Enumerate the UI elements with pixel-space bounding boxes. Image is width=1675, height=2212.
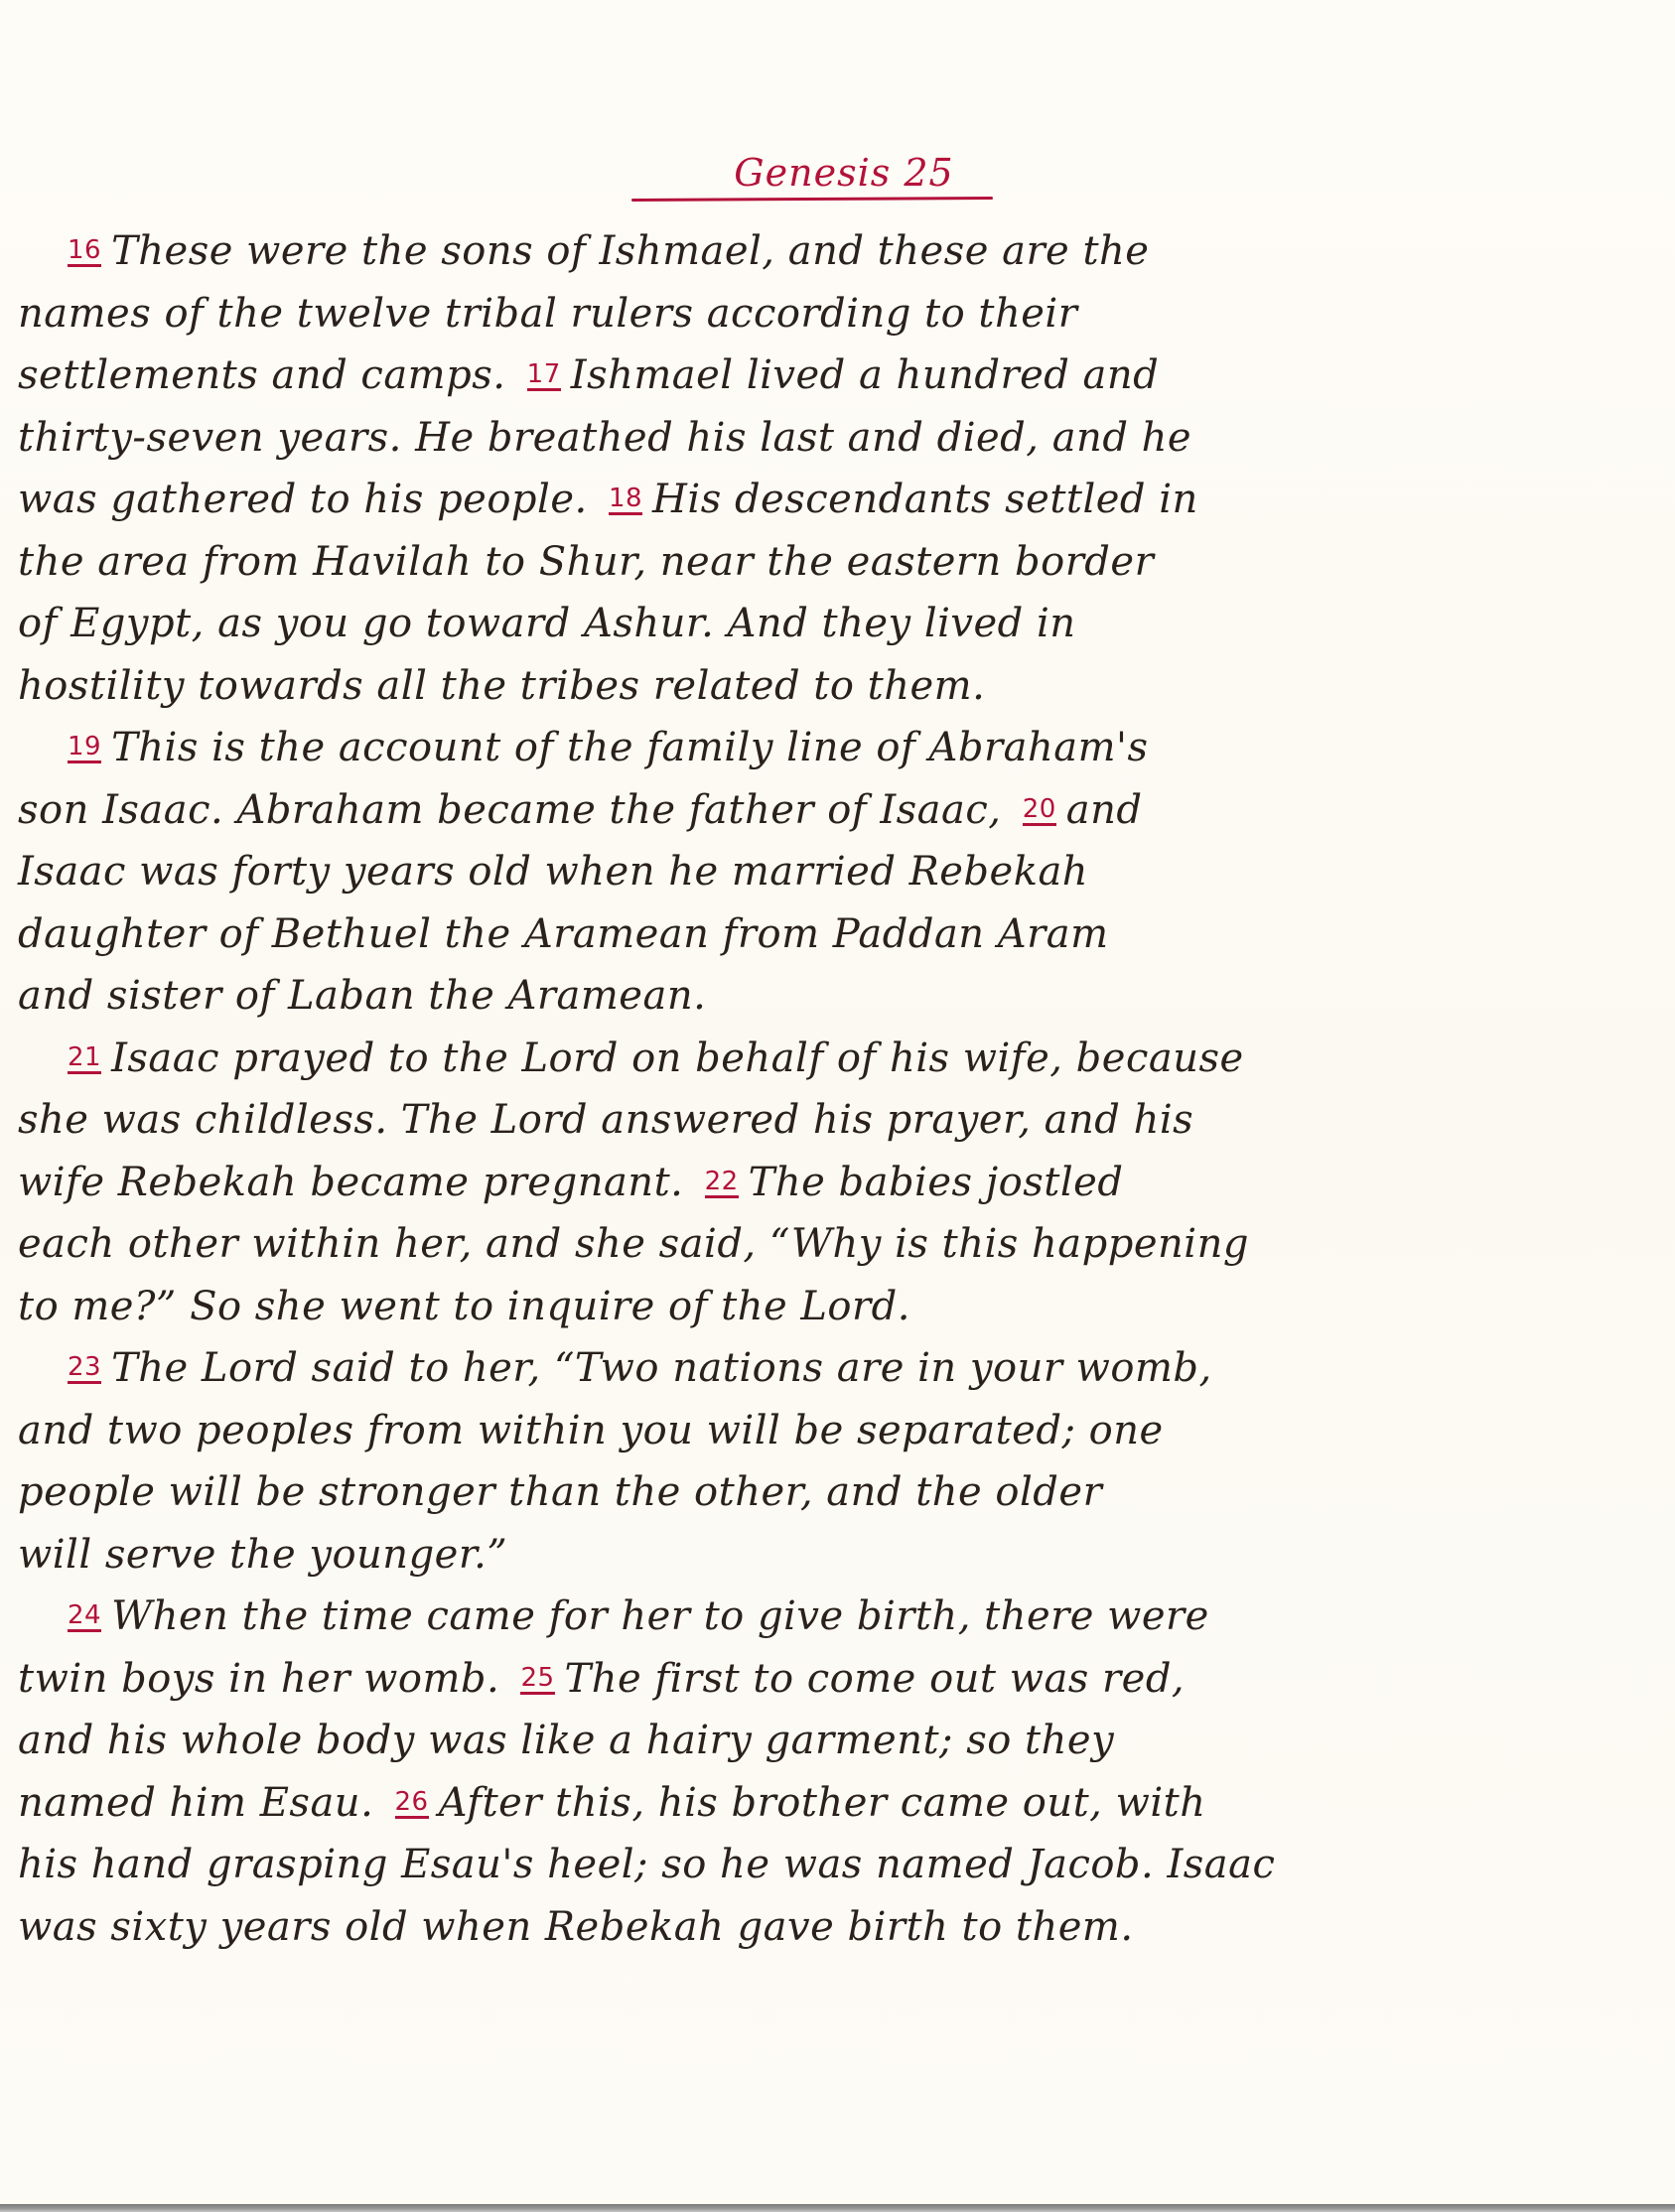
verse-number: 19 bbox=[68, 734, 101, 763]
verse-number: 17 bbox=[527, 361, 561, 391]
verse-number: 16 bbox=[68, 237, 101, 267]
text-line: was gathered to his people. 18His descen… bbox=[18, 469, 1656, 531]
line-text-continuation: Ishmael lived a hundred and bbox=[571, 352, 1160, 398]
line-text: and two peoples from within you will be … bbox=[18, 1408, 1164, 1453]
line-text: Isaac prayed to the Lord on behalf of hi… bbox=[111, 1036, 1244, 1081]
text-line: and two peoples from within you will be … bbox=[18, 1400, 1656, 1462]
line-text: each other within her, and she said, “Wh… bbox=[18, 1221, 1249, 1267]
text-line: 16These were the sons of Ishmael, and th… bbox=[18, 220, 1656, 283]
page-title: Genesis 25 bbox=[695, 151, 993, 195]
text-line: Isaac was forty years old when he marrie… bbox=[18, 841, 1656, 903]
text-line: his hand grasping Esau's heel; so he was… bbox=[18, 1834, 1656, 1896]
line-text: names of the twelve tribal rulers accord… bbox=[18, 291, 1077, 337]
verse-number: 24 bbox=[68, 1602, 101, 1632]
line-text: This is the account of the family line o… bbox=[111, 725, 1148, 770]
line-text-continuation: His descendants settled in bbox=[652, 477, 1198, 522]
text-line: daughter of Bethuel the Aramean from Pad… bbox=[18, 903, 1656, 966]
page-bottom-edge-shadow bbox=[0, 2204, 1675, 2212]
line-text: twin boys in her womb. bbox=[18, 1656, 499, 1702]
text-line: 21Isaac prayed to the Lord on behalf of … bbox=[18, 1028, 1656, 1090]
handwritten-page: Genesis 25 16These were the sons of Ishm… bbox=[0, 0, 1675, 2204]
line-text: the area from Havilah to Shur, near the … bbox=[18, 539, 1154, 585]
text-line: will serve the younger.” bbox=[18, 1524, 1656, 1587]
title-underline bbox=[631, 197, 993, 202]
line-text-continuation: and bbox=[1066, 787, 1143, 833]
verse-number: 25 bbox=[520, 1665, 554, 1695]
line-text: wife Rebekah became pregnant. bbox=[18, 1160, 683, 1205]
text-line: 19This is the account of the family line… bbox=[18, 717, 1656, 779]
text-line: was sixty years old when Rebekah gave bi… bbox=[18, 1896, 1656, 1959]
line-text: son Isaac. Abraham became the father of … bbox=[18, 787, 1001, 833]
text-line: the area from Havilah to Shur, near the … bbox=[18, 531, 1656, 594]
verse-number: 20 bbox=[1023, 796, 1056, 826]
text-line: people will be stronger than the other, … bbox=[18, 1461, 1656, 1524]
text-line: settlements and camps. 17Ishmael lived a… bbox=[18, 345, 1656, 407]
line-text-continuation: After this, his brother came out, with bbox=[439, 1780, 1206, 1826]
line-text: of Egypt, as you go toward Ashur. And th… bbox=[18, 601, 1076, 646]
text-line: 23The Lord said to her, “Two nations are… bbox=[18, 1337, 1656, 1400]
line-text: hostility towards all the tribes related… bbox=[18, 663, 985, 709]
line-text-continuation: The babies jostled bbox=[749, 1160, 1124, 1205]
text-line: and his whole body was like a hairy garm… bbox=[18, 1710, 1656, 1772]
line-text: people will be stronger than the other, … bbox=[18, 1469, 1102, 1515]
line-text: When the time came for her to give birth… bbox=[111, 1593, 1209, 1639]
line-text: she was childless. The Lord answered his… bbox=[18, 1097, 1193, 1143]
text-line: to me?” So she went to inquire of the Lo… bbox=[18, 1276, 1656, 1338]
line-text: to me?” So she went to inquire of the Lo… bbox=[18, 1284, 910, 1329]
line-text: Isaac was forty years old when he marrie… bbox=[18, 849, 1088, 895]
line-text: daughter of Bethuel the Aramean from Pad… bbox=[18, 911, 1109, 957]
line-text: and his whole body was like a hairy garm… bbox=[18, 1718, 1114, 1763]
line-text-continuation: The first to come out was red, bbox=[565, 1656, 1186, 1702]
verse-number: 21 bbox=[68, 1044, 101, 1074]
line-text: was sixty years old when Rebekah gave bi… bbox=[18, 1904, 1134, 1950]
line-text: settlements and camps. bbox=[18, 352, 505, 398]
text-line: named him Esau. 26After this, his brothe… bbox=[18, 1772, 1656, 1835]
text-line: each other within her, and she said, “Wh… bbox=[18, 1213, 1656, 1276]
text-line: she was childless. The Lord answered his… bbox=[18, 1089, 1656, 1152]
line-text: thirty-seven years. He breathed his last… bbox=[18, 415, 1191, 461]
line-text: and sister of Laban the Aramean. bbox=[18, 973, 706, 1019]
text-line: names of the twelve tribal rulers accord… bbox=[18, 283, 1656, 346]
line-text: will serve the younger.” bbox=[18, 1532, 507, 1578]
verse-number: 23 bbox=[68, 1354, 101, 1384]
text-line: thirty-seven years. He breathed his last… bbox=[18, 407, 1656, 470]
line-text: was gathered to his people. bbox=[18, 477, 588, 522]
line-text: his hand grasping Esau's heel; so he was… bbox=[18, 1842, 1275, 1887]
verse-number: 18 bbox=[609, 485, 642, 515]
line-text: These were the sons of Ishmael, and thes… bbox=[111, 228, 1149, 274]
scripture-text-body: 16These were the sons of Ishmael, and th… bbox=[18, 220, 1656, 1958]
text-line: hostility towards all the tribes related… bbox=[18, 655, 1656, 718]
line-text: named him Esau. bbox=[18, 1780, 373, 1826]
verse-number: 22 bbox=[705, 1169, 739, 1198]
text-line: of Egypt, as you go toward Ashur. And th… bbox=[18, 593, 1656, 655]
text-line: son Isaac. Abraham became the father of … bbox=[18, 779, 1656, 842]
verse-number: 26 bbox=[395, 1789, 429, 1819]
line-text: The Lord said to her, “Two nations are i… bbox=[111, 1345, 1212, 1391]
text-line: twin boys in her womb. 25The first to co… bbox=[18, 1648, 1656, 1711]
text-line: and sister of Laban the Aramean. bbox=[18, 965, 1656, 1028]
text-line: wife Rebekah became pregnant. 22The babi… bbox=[18, 1152, 1656, 1214]
text-line: 24When the time came for her to give bir… bbox=[18, 1586, 1656, 1648]
